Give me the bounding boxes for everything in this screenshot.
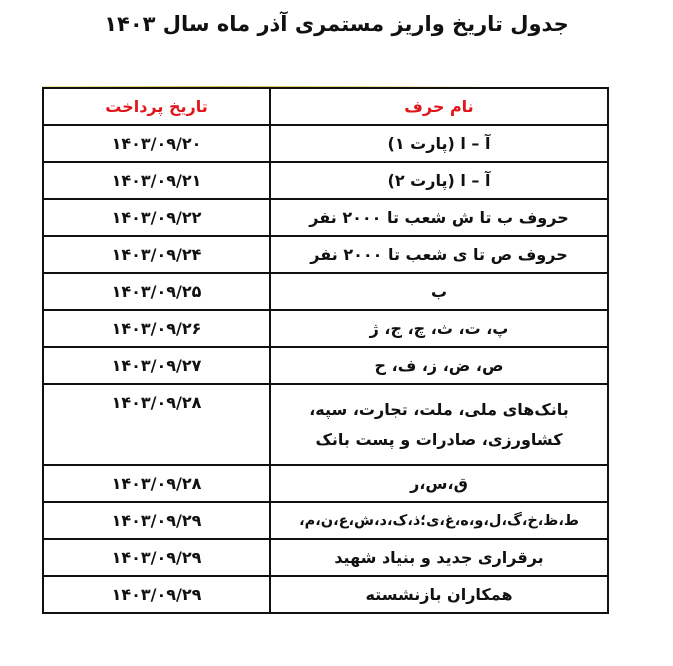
letter-group-cell: حروف ص تا ی شعب تا ۲۰۰۰ نفر — [270, 236, 608, 273]
letter-group-cell: پ، ت، ث، چ، ج، ژ — [270, 310, 608, 347]
payment-date-cell: ۱۴۰۳/۰۹/۲۶ — [43, 310, 270, 347]
payment-date-cell: ۱۴۰۳/۰۹/۲۹ — [43, 502, 270, 539]
table-row: ۱۴۰۳/۰۹/۲۸ ق،س،ر — [43, 465, 608, 502]
column-header-payment-date: تاریخ پرداخت — [43, 88, 270, 125]
payment-schedule-table-container: تاریخ پرداخت نام حرف ۱۴۰۳/۰۹/۲۰ آ – ا (پ… — [42, 87, 607, 614]
payment-date-cell: ۱۴۰۳/۰۹/۲۴ — [43, 236, 270, 273]
letter-group-cell: ب — [270, 273, 608, 310]
payment-schedule-table: تاریخ پرداخت نام حرف ۱۴۰۳/۰۹/۲۰ آ – ا (پ… — [42, 87, 609, 614]
letter-group-cell: آ – ا (پارت ۱) — [270, 125, 608, 162]
letter-group-line-2: کشاورزی، صادرات و پست بانک — [277, 425, 601, 455]
letter-group-cell: آ – ا (پارت ۲) — [270, 162, 608, 199]
column-header-letter-name: نام حرف — [270, 88, 608, 125]
letter-group-cell: برقراری جدید و بنیاد شهید — [270, 539, 608, 576]
payment-date-cell: ۱۴۰۳/۰۹/۲۰ — [43, 125, 270, 162]
payment-date-cell: ۱۴۰۳/۰۹/۲۹ — [43, 576, 270, 613]
letter-group-cell: ق،س،ر — [270, 465, 608, 502]
table-row: ۱۴۰۳/۰۹/۲۹ همکاران بازنشسته — [43, 576, 608, 613]
table-row: ۱۴۰۳/۰۹/۲۹ برقراری جدید و بنیاد شهید — [43, 539, 608, 576]
payment-date-cell: ۱۴۰۳/۰۹/۲۷ — [43, 347, 270, 384]
table-header-row: تاریخ پرداخت نام حرف — [43, 88, 608, 125]
payment-date-cell: ۱۴۰۳/۰۹/۲۹ — [43, 539, 270, 576]
table-row: ۱۴۰۳/۰۹/۲۹ ط،ظ،خ،گ،ل،و،ه،غ،ی؛ذ،ک،د،ش،ع،ن… — [43, 502, 608, 539]
page-title: جدول تاریخ واریز مستمری آذر ماه سال ۱۴۰۳ — [0, 12, 673, 36]
table-row: ۱۴۰۳/۰۹/۲۰ آ – ا (پارت ۱) — [43, 125, 608, 162]
table-row: ۱۴۰۳/۰۹/۲۱ آ – ا (پارت ۲) — [43, 162, 608, 199]
table-row: ۱۴۰۳/۰۹/۲۶ پ، ت، ث، چ، ج، ژ — [43, 310, 608, 347]
payment-date-cell: ۱۴۰۳/۰۹/۲۵ — [43, 273, 270, 310]
payment-date-cell: ۱۴۰۳/۰۹/۲۸ — [43, 465, 270, 502]
letter-group-cell: ط،ظ،خ،گ،ل،و،ه،غ،ی؛ذ،ک،د،ش،ع،ن،م، — [270, 502, 608, 539]
letter-group-cell: حروف ب تا ش شعب تا ۲۰۰۰ نفر — [270, 199, 608, 236]
table-row: ۱۴۰۳/۰۹/۲۵ ب — [43, 273, 608, 310]
letter-group-cell: بانک‌های ملی، ملت، تجارت، سپه، کشاورزی، … — [270, 384, 608, 465]
letter-group-cell: همکاران بازنشسته — [270, 576, 608, 613]
payment-date-cell: ۱۴۰۳/۰۹/۲۲ — [43, 199, 270, 236]
payment-date-cell: ۱۴۰۳/۰۹/۲۸ — [43, 384, 270, 465]
table-row: ۱۴۰۳/۰۹/۲۸ بانک‌های ملی، ملت، تجارت، سپه… — [43, 384, 608, 465]
letter-group-line-1: بانک‌های ملی، ملت، تجارت، سپه، — [277, 395, 601, 425]
letter-group-cell: ص، ض، ز، ف، ح — [270, 347, 608, 384]
table-row: ۱۴۰۳/۰۹/۲۷ ص، ض، ز، ف، ح — [43, 347, 608, 384]
table-row: ۱۴۰۳/۰۹/۲۴ حروف ص تا ی شعب تا ۲۰۰۰ نفر — [43, 236, 608, 273]
payment-date-cell: ۱۴۰۳/۰۹/۲۱ — [43, 162, 270, 199]
table-row: ۱۴۰۳/۰۹/۲۲ حروف ب تا ش شعب تا ۲۰۰۰ نفر — [43, 199, 608, 236]
